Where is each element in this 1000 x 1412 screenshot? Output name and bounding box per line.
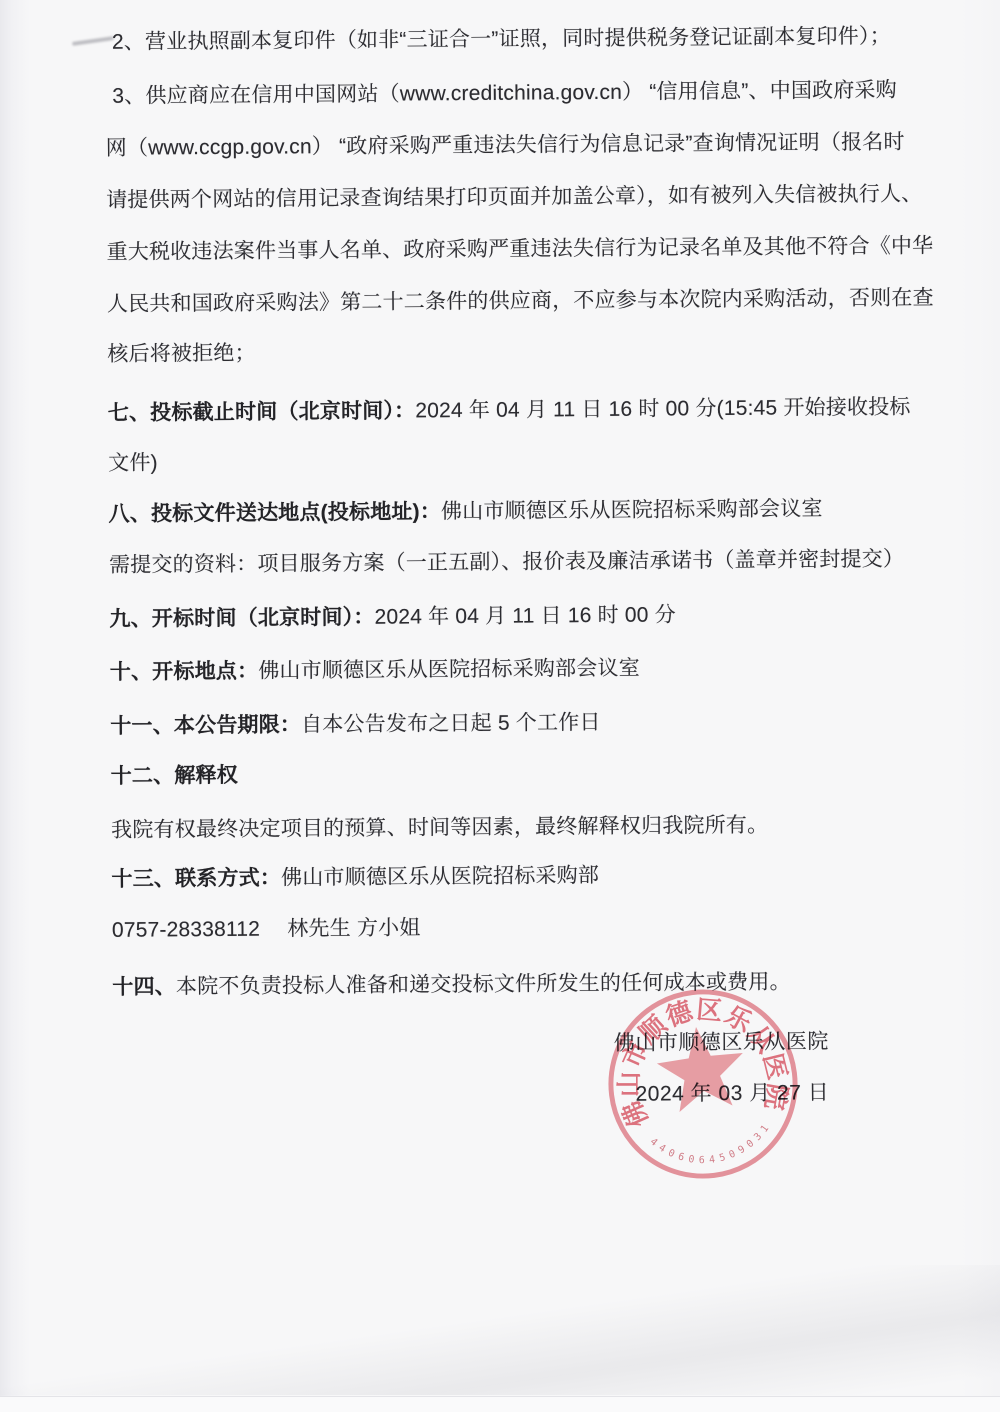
doc-line: 我院有权最终决定项目的预算、时间等因素，最终解释权归我院所有。 xyxy=(111,813,768,844)
doc-line: 人民共和国政府采购法》第二十二条件的供应商，不应参与本次院内采购活动，否则在查 xyxy=(107,285,934,317)
doc-line: 需提交的资料：项目服务方案（一正五副）、报价表及廉洁承诺书（盖章并密封提交） xyxy=(109,547,904,579)
scanned-page: 2、营业执照副本复印件（如非“三证合一”证照，同时提供税务登记证副本复印件）； … xyxy=(0,0,1000,1412)
signature-date: 2024 年 03 月 27 日 xyxy=(635,1076,829,1108)
section-heading-7: 七、投标截止时间（北京时间）：2024 年 04 月 11 日 16 时 00 … xyxy=(108,395,911,427)
section-heading-9: 九、开标时间（北京时间）：2024 年 04 月 11 日 16 时 00 分 xyxy=(109,602,676,632)
doc-line: 请提供两个网站的信用记录查询结果打印页面并加盖公章），如有被列入失信被执行人、 xyxy=(106,181,922,213)
section-heading-8: 八、投标文件送达地点(投标地址)：佛山市顺德区乐从医院招标采购部会议室 xyxy=(109,496,823,528)
section-heading-12: 十二、解释权 xyxy=(111,763,238,790)
doc-line: 网（www.ccgp.gov.cn） “政府采购严重违法失信行为信息记录”查询情… xyxy=(106,130,905,162)
section-heading-10: 十、开标地点：佛山市顺德区乐从医院招标采购部会议室 xyxy=(110,656,640,686)
section-heading-13: 十三、联系方式：佛山市顺德区乐从医院招标采购部 xyxy=(111,863,599,893)
doc-line: 2、营业执照副本复印件（如非“三证合一”证照，同时提供税务登记证副本复印件）； xyxy=(112,24,891,56)
doc-line: 重大税收违法案件当事人名单、政府采购严重违法失信行为记录名单及其他不符合《中华 xyxy=(106,233,933,265)
section-heading-11: 十一、本公告期限：自本公告发布之日起 5 个工作日 xyxy=(110,710,601,740)
doc-line: 文件) xyxy=(108,450,158,476)
page-bottom-edge xyxy=(0,1396,1000,1412)
doc-line: 核后将被拒绝； xyxy=(107,341,256,368)
section-heading-14: 十四、本院不负责投标人准备和递交投标文件所发生的任何成本或费用。 xyxy=(112,970,791,1001)
doc-line: 3、供应商应在信用中国网站（www.creditchina.gov.cn） “信… xyxy=(112,78,897,110)
signature-org: 佛山市顺德区乐从医院 xyxy=(614,1025,829,1057)
document-text: 2、营业执照副本复印件（如非“三证合一”证照，同时提供税务登记证副本复印件）； … xyxy=(0,0,1000,1412)
contact-phone-line: 0757-28338112 林先生 方小姐 xyxy=(112,915,421,943)
